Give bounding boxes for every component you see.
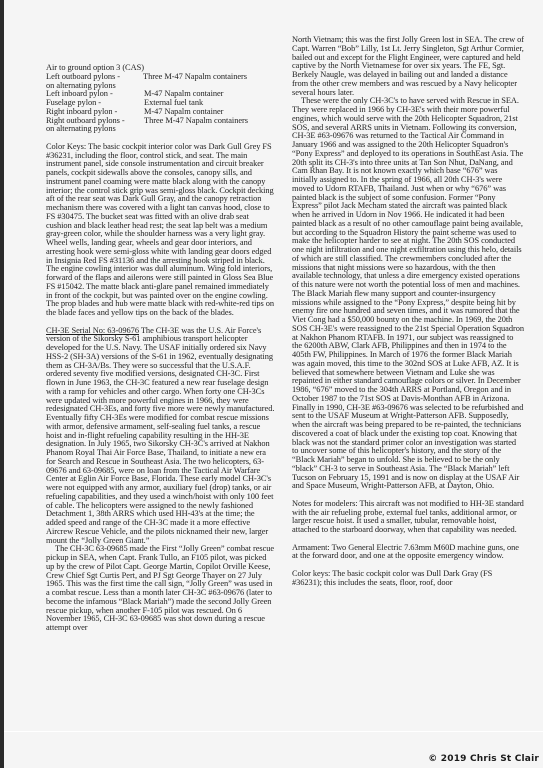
loadout-section: Air to ground option 3 (CAS) Left outboa… <box>46 64 275 134</box>
color-keys-paragraph: Color Keys: The basic cockpit interior c… <box>46 143 275 318</box>
right-column: North Vietnam; this was the first Jolly … <box>292 27 524 587</box>
loadout-continuation: on alternating pylons <box>46 125 275 134</box>
scan-band-line <box>4 731 543 732</box>
modeler-notes-paragraph: Notes for modelers: This aircraft was no… <box>292 500 524 535</box>
color-keys-paragraph-2: Color keys: The basic cockpit color was … <box>292 570 524 588</box>
copyright-watermark: © 2019 Chris St Clair <box>428 754 539 764</box>
serial-heading: CH-3E Serial No: 63-09676 <box>46 326 139 335</box>
left-column: Air to ground option 3 (CAS) Left outboa… <box>46 64 275 633</box>
serial-text: The CH-3E was the U.S. Air Force's versi… <box>46 326 274 545</box>
continuation-paragraph: North Vietnam; this was the first Jolly … <box>292 36 524 97</box>
loadout-value: Three M-47 Napalm containers <box>143 73 275 82</box>
history-paragraph: These were the only CH-3C's to have serv… <box>292 97 524 491</box>
first-pickup-paragraph: The CH-3C 63-09685 made the First “Jolly… <box>46 545 275 633</box>
armament-paragraph: Armament: Two General Electric 7.63mm M6… <box>292 544 524 562</box>
serial-paragraph: CH-3E Serial No: 63-09676 The CH-3E was … <box>46 327 275 546</box>
loadout-value: Three M-47 Napalm containers <box>144 117 275 126</box>
